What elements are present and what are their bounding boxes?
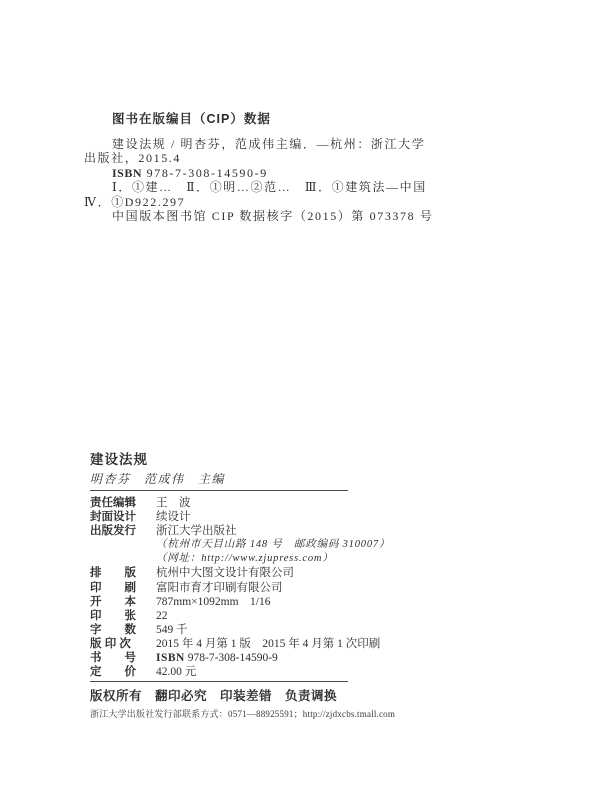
copyright-notice: 版权所有 翻印必究 印装差错 负责调换 — [90, 689, 348, 703]
entry-value: 2015 年 4 月第 1 版 2015 年 4 月第 1 次印刷 — [156, 637, 380, 651]
entry-format: 开 本 787mm×1092mm 1/16 — [90, 595, 348, 609]
entry-publisher: 出版发行 浙江大学出版社 — [90, 524, 348, 538]
entry-value: （杭州市天目山路 148 号 邮政编码 310007） — [156, 538, 390, 552]
entry-label: 字 数 — [90, 623, 144, 637]
entry-label: 印 刷 — [90, 581, 144, 595]
book-authors: 明杏芬 范成伟 主编 — [90, 472, 348, 486]
entry-value: 杭州中大图文设计有限公司 — [156, 566, 294, 580]
entry-isbn-number: 978-7-308-14590-9 — [188, 652, 278, 664]
entry-value: 续设计 — [156, 510, 191, 524]
entry-sheets: 印 张 22 — [90, 609, 348, 623]
entry-edition: 版 印 次 2015 年 4 月第 1 版 2015 年 4 月第 1 次印刷 — [90, 637, 348, 651]
entry-cover-design: 封面设计 续设计 — [90, 510, 348, 524]
entry-label: 排 版 — [90, 566, 144, 580]
cip-heading: 图书在版编目（CIP）数据 — [112, 112, 514, 127]
entry-value: 22 — [156, 609, 168, 623]
divider-top — [90, 490, 348, 491]
entry-value: 浙江大学出版社 — [156, 524, 237, 538]
cip-title-line-1: 建设法规 / 明杏芬，范成伟主编．—杭州：浙江大学 — [84, 137, 514, 152]
entry-book-number: 书 号 ISBN 978-7-308-14590-9 — [90, 651, 348, 665]
entry-editor: 责任编辑 王 波 — [90, 496, 348, 510]
cip-isbn-label: ISBN — [112, 166, 142, 180]
entry-publisher-address: （杭州市天目山路 148 号 邮政编码 310007） — [90, 538, 348, 552]
cip-classification-line-2: Ⅳ．①D922.297 — [84, 195, 514, 210]
colophon-entries: 责任编辑 王 波 封面设计 续设计 出版发行 浙江大学出版社 （杭州市天目山路 … — [90, 496, 348, 679]
cip-isbn-line: ISBN 978-7-308-14590-9 — [84, 166, 514, 181]
cip-title-line-2: 出版社，2015.4 — [84, 151, 514, 166]
entry-printing: 印 刷 富阳市育才印刷有限公司 — [90, 581, 348, 595]
book-title: 建设法规 — [90, 452, 348, 467]
entry-label: 开 本 — [90, 595, 144, 609]
cip-classification-line-1: Ⅰ．①建… Ⅱ．①明…②范… Ⅲ．①建筑法—中国 — [84, 180, 514, 195]
entry-label: 出版发行 — [90, 524, 144, 538]
entry-label: 书 号 — [90, 651, 144, 665]
entry-isbn-label: ISBN — [156, 652, 185, 664]
publisher-contact-line: 浙江大学出版社发行部联系方式：0571—88925591；http://zjdx… — [90, 707, 348, 721]
cip-record-line: 中国版本图书馆 CIP 数据核字（2015）第 073378 号 — [84, 209, 514, 224]
entry-value: 富阳市育才印刷有限公司 — [156, 581, 283, 595]
entry-value: ISBN 978-7-308-14590-9 — [156, 651, 278, 665]
colophon-block: 建设法规 明杏芬 范成伟 主编 责任编辑 王 波 封面设计 续设计 出版发行 浙… — [90, 452, 348, 721]
entry-value: 王 波 — [156, 496, 191, 510]
divider-bottom — [90, 681, 348, 682]
entry-label: 印 张 — [90, 609, 144, 623]
entry-value: 42.00 元 — [156, 665, 196, 679]
entry-label: 版 印 次 — [90, 637, 144, 651]
entry-word-count: 字 数 549 千 — [90, 623, 348, 637]
entry-typesetting: 排 版 杭州中大图文设计有限公司 — [90, 566, 348, 580]
entry-value: （网址：http://www.zjupress.com） — [156, 552, 334, 566]
cip-block: 图书在版编目（CIP）数据 建设法规 / 明杏芬，范成伟主编．—杭州：浙江大学 … — [84, 112, 514, 224]
entry-price: 定 价 42.00 元 — [90, 665, 348, 679]
entry-label: 责任编辑 — [90, 496, 144, 510]
entry-value: 549 千 — [156, 623, 188, 637]
entry-label: 封面设计 — [90, 510, 144, 524]
cip-isbn-number: 978-7-308-14590-9 — [147, 166, 268, 180]
entry-publisher-website: （网址：http://www.zjupress.com） — [90, 552, 348, 566]
entry-value: 787mm×1092mm 1/16 — [156, 595, 270, 609]
entry-label: 定 价 — [90, 665, 144, 679]
